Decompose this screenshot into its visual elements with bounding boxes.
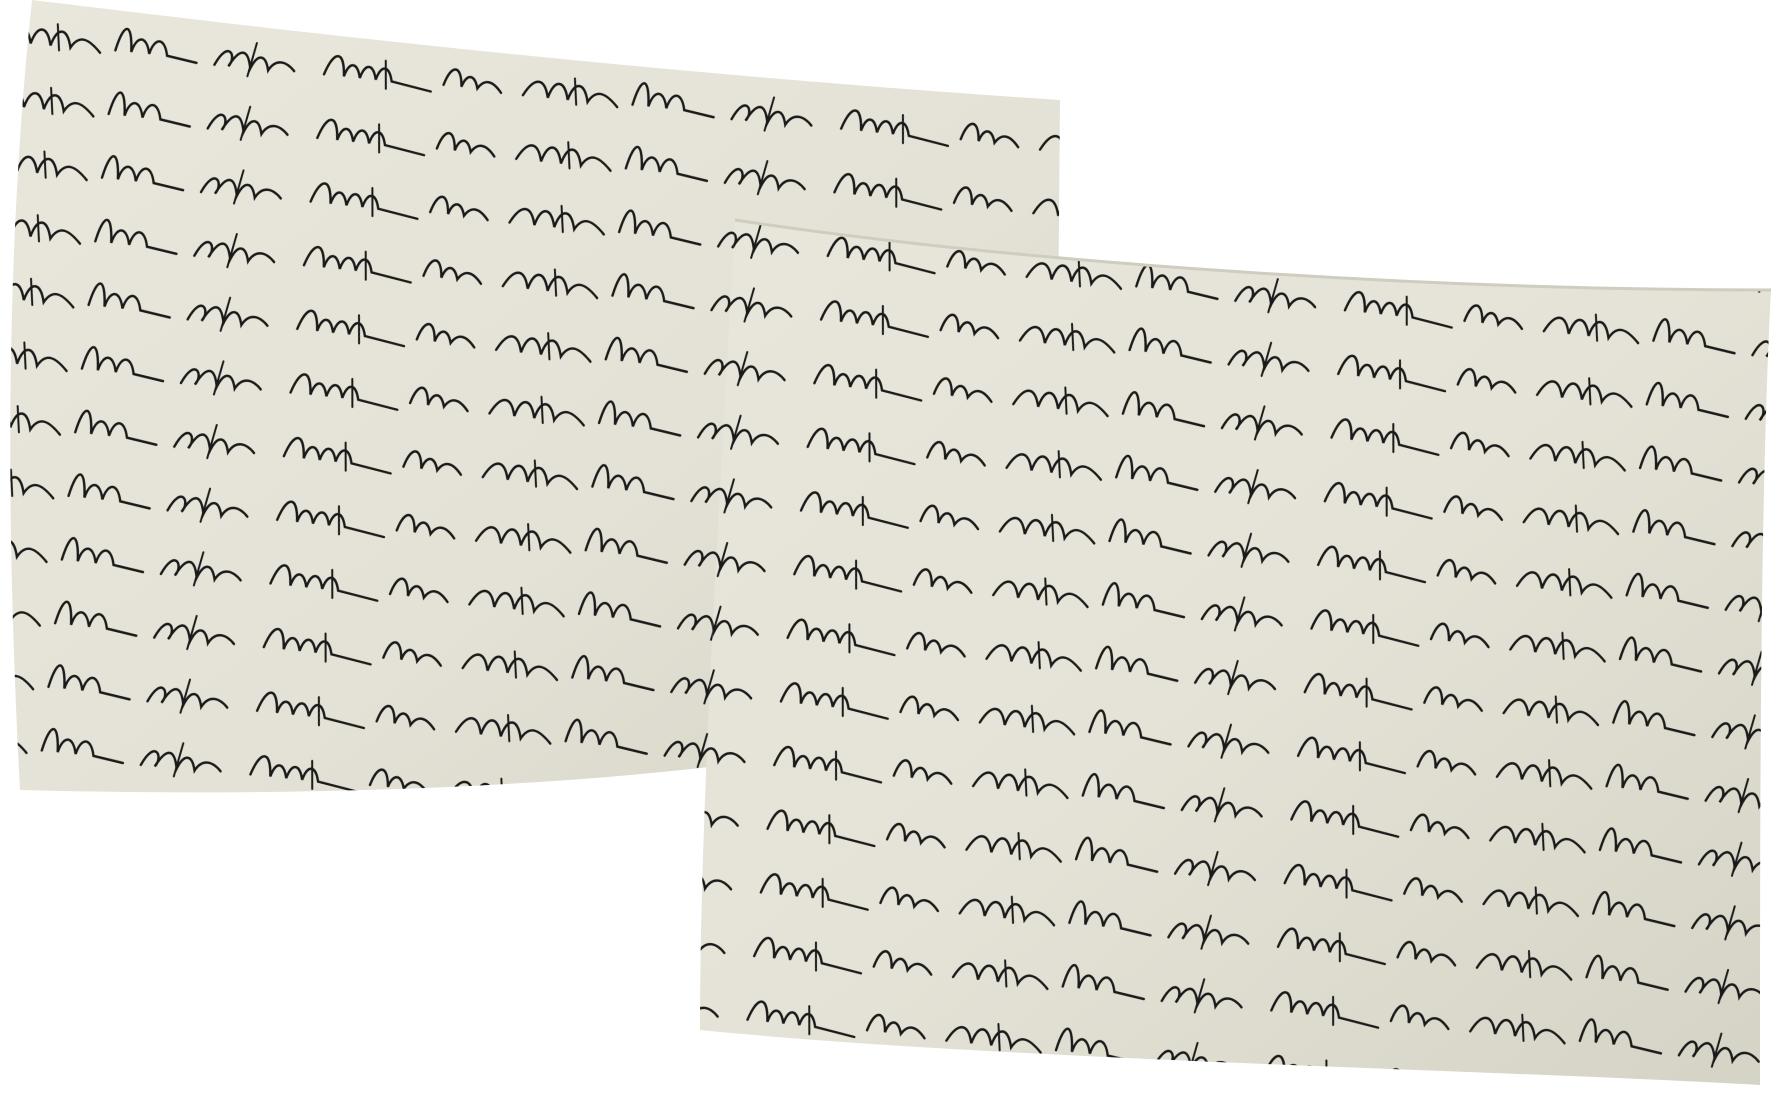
product-photo [0, 0, 1771, 1100]
front-pillow [690, 210, 1771, 1100]
